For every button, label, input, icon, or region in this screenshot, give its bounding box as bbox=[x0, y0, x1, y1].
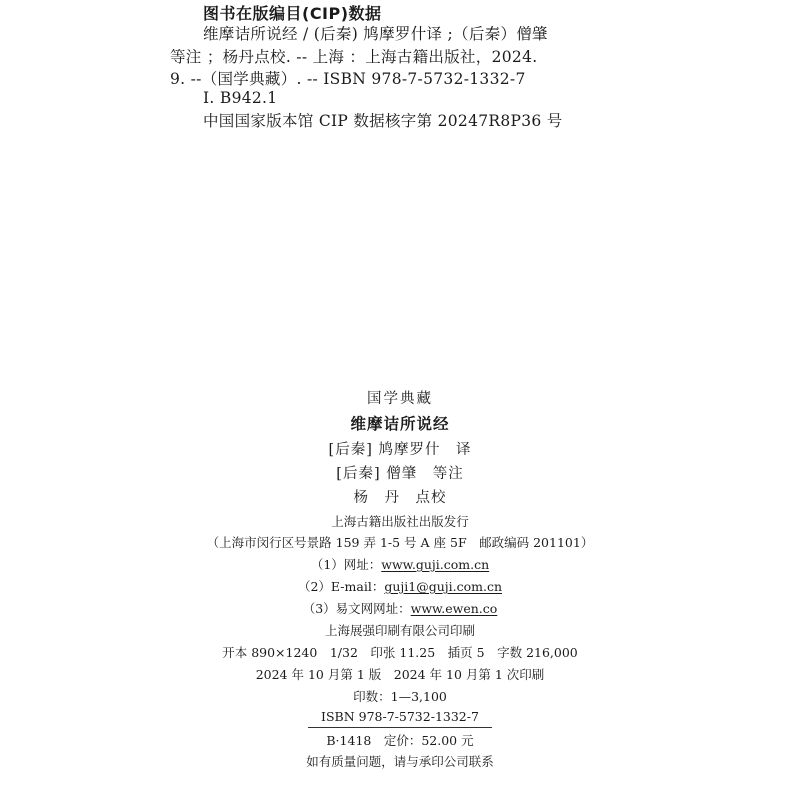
publisher: 上海古籍出版社出版发行 bbox=[0, 512, 800, 530]
isbn-divider bbox=[308, 727, 492, 728]
ewen-link[interactable]: www.ewen.co bbox=[411, 601, 498, 616]
isbn: ISBN 978-7-5732-1332-7 bbox=[0, 709, 800, 724]
cip-line: 维摩诘所说经 / (后秦) 鸠摩罗什译 ;（后秦）僧肇 bbox=[203, 22, 548, 44]
email-row: （2）E-mail：guji1@guji.com.cn bbox=[0, 577, 800, 595]
cip-line: 9. --（国学典藏）. -- ISBN 978-7-5732-1332-7 bbox=[170, 67, 526, 89]
email-label: （2）E-mail： bbox=[298, 579, 384, 594]
cip-classification: Ⅰ. B942.1 bbox=[203, 89, 277, 107]
edition-info: 2024 年 10 月第 1 版 2024 年 10 月第 1 次印刷 bbox=[0, 665, 800, 683]
printer: 上海展强印刷有限公司印刷 bbox=[0, 621, 800, 639]
translator: [后秦] 鸠摩罗什 译 bbox=[0, 438, 800, 459]
print-run: 印数：1—3,100 bbox=[0, 687, 800, 705]
cip-line: 等注 ；杨丹点校. -- 上海 ：上海古籍出版社，2024. bbox=[170, 45, 537, 67]
ewen-label: （3）易文网网址： bbox=[303, 601, 411, 616]
website-label: （1）网址： bbox=[311, 557, 381, 572]
ewen-row: （3）易文网网址：www.ewen.co bbox=[0, 599, 800, 617]
email-link[interactable]: guji1@guji.com.cn bbox=[384, 579, 502, 594]
book-title: 维摩诘所说经 bbox=[0, 412, 800, 434]
print-specs: 开本 890×1240 1/32 印张 11.25 插页 5 字数 216,00… bbox=[0, 643, 800, 661]
editor: 杨 丹 点校 bbox=[0, 486, 800, 507]
series-name: 国学典藏 bbox=[0, 387, 800, 408]
quality-notice: 如有质量问题，请与承印公司联系 bbox=[0, 752, 800, 770]
price-line: B·1418 定价：52.00 元 bbox=[0, 731, 800, 749]
cip-title: 图书在版编目(CIP)数据 bbox=[203, 1, 382, 24]
website-row: （1）网址：www.guji.com.cn bbox=[0, 555, 800, 573]
publisher-address: （上海市闵行区号景路 159 弄 1-5 号 A 座 5F 邮政编码 20110… bbox=[0, 533, 800, 551]
annotator: [后秦] 僧肇 等注 bbox=[0, 462, 800, 483]
website-link[interactable]: www.guji.com.cn bbox=[381, 557, 489, 572]
cip-record-number: 中国国家版本馆 CIP 数据核字第 20247R8P36 号 bbox=[203, 109, 563, 131]
